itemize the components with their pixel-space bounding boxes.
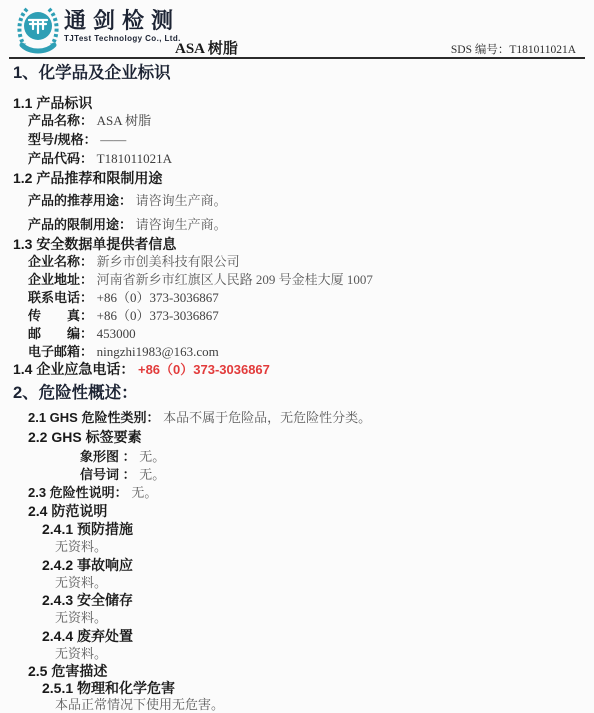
- model-spec-value: ——: [100, 132, 126, 147]
- restricted-use-label: 产品的限制用途：: [28, 217, 132, 232]
- fax-label: 传 真：: [28, 308, 93, 323]
- pictogram-row: 象形图 ： 无。: [80, 449, 165, 465]
- zip-code-label: 邮 编：: [28, 326, 93, 341]
- fax-value: +86（0）373-3036867: [97, 308, 219, 323]
- phone-label: 联系电话：: [28, 290, 93, 305]
- section1-1-heading: 1.1 产品标识: [13, 95, 92, 112]
- ghs-class-label: 2.1 GHS 危险性类别：: [28, 410, 159, 425]
- section2-5-1-heading: 2.5.1 物理和化学危害: [42, 680, 175, 697]
- email-row: 电子邮箱： ningzhi1983@163.com: [28, 344, 219, 360]
- zip-code-row: 邮 编： 453000: [28, 326, 136, 342]
- document-header: 通剑检测 TJTest Technology Co., Ltd. ASA 树脂 …: [0, 0, 594, 58]
- email-label: 电子邮箱：: [28, 344, 93, 359]
- section2-4-3-heading: 2.4.3 安全储存: [42, 592, 133, 609]
- section2-4-1-heading: 2.4.1 预防措施: [42, 521, 133, 538]
- product-name-label: 产品名称：: [28, 113, 93, 128]
- product-name-row: 产品名称： ASA 树脂: [28, 113, 151, 129]
- company-name-value: 新乡市创美科技有限公司: [97, 254, 240, 269]
- signal-word-label: 信号词 ：: [80, 467, 136, 482]
- company-name-row: 企业名称： 新乡市创美科技有限公司: [28, 254, 240, 270]
- precaution-heading: 2.4 防范说明: [28, 503, 107, 520]
- logo-text-block: 通剑检测 TJTest Technology Co., Ltd.: [64, 10, 181, 43]
- hazard-statement-value: 无。: [131, 485, 157, 500]
- sds-document-page: 通剑检测 TJTest Technology Co., Ltd. ASA 树脂 …: [0, 0, 594, 713]
- ghs-label-elements-heading: 2.2 GHS 标签要素: [28, 429, 142, 446]
- product-code-row: 产品代码： T181011021A: [28, 151, 172, 167]
- document-title: ASA 树脂: [175, 37, 238, 58]
- hazard-statement-label: 2.3 危险性说明：: [28, 485, 128, 500]
- restricted-use-value: 请咨询生产商。: [136, 217, 227, 232]
- signal-word-row: 信号词 ： 无。: [80, 467, 165, 483]
- model-spec-label: 型号/规格：: [28, 132, 97, 147]
- restricted-use-row: 产品的限制用途： 请咨询生产商。: [28, 217, 227, 233]
- company-address-row: 企业地址： 河南省新乡市红旗区人民路 209 号金桂大厦 1007: [28, 272, 373, 288]
- sds-number: SDS 编号：T181011021A: [451, 41, 576, 57]
- company-logo-icon: [14, 3, 62, 55]
- product-name-value: ASA 树脂: [97, 113, 152, 128]
- section2-heading: 2、危险性概述：: [13, 384, 138, 404]
- emergency-phone-value: +86（0）373-3036867: [138, 362, 270, 377]
- emergency-phone-row: 1.4 企业应急电话： +86（0）373-3036867: [13, 361, 270, 378]
- section2-4-3-value: 无资料。: [55, 610, 107, 626]
- product-code-value: T181011021A: [97, 151, 172, 166]
- section1-3-heading: 1.3 安全数据单提供者信息: [13, 236, 176, 253]
- recommended-use-label: 产品的推荐用途：: [28, 193, 132, 208]
- company-address-label: 企业地址：: [28, 272, 93, 287]
- signal-word-value: 无。: [139, 467, 165, 482]
- hazard-statement-row: 2.3 危险性说明： 无。: [28, 485, 157, 501]
- logo-company-name-en: TJTest Technology Co., Ltd.: [64, 35, 181, 43]
- section2-4-4-value: 无资料。: [55, 646, 107, 662]
- ghs-class-value: 本品不属于危险品，无危险性分类。: [163, 410, 371, 425]
- recommended-use-value: 请咨询生产商。: [136, 193, 227, 208]
- section2-5-heading: 2.5 危害描述: [28, 663, 107, 680]
- logo-company-name-cn: 通剑检测: [64, 10, 181, 32]
- pictogram-value: 无。: [139, 449, 165, 464]
- email-value: ningzhi1983@163.com: [97, 344, 219, 359]
- model-spec-row: 型号/规格： ——: [28, 132, 126, 148]
- fax-row: 传 真： +86（0）373-3036867: [28, 308, 219, 324]
- product-code-label: 产品代码：: [28, 151, 93, 166]
- header-divider: [9, 57, 585, 59]
- company-address-value: 河南省新乡市红旗区人民路 209 号金桂大厦 1007: [97, 272, 373, 287]
- section2-4-2-value: 无资料。: [55, 575, 107, 591]
- section2-4-2-heading: 2.4.2 事故响应: [42, 557, 133, 574]
- section2-4-4-heading: 2.4.4 废弃处置: [42, 628, 133, 645]
- recommended-use-row: 产品的推荐用途： 请咨询生产商。: [28, 193, 227, 209]
- company-name-label: 企业名称：: [28, 254, 93, 269]
- section2-5-1-value: 本品正常情况下使用无危害。: [55, 697, 224, 713]
- emergency-phone-label: 1.4 企业应急电话：: [13, 361, 134, 377]
- section1-heading: 1、化学品及企业标识: [13, 64, 171, 84]
- zip-code-value: 453000: [97, 326, 136, 341]
- phone-value: +86（0）373-3036867: [97, 290, 219, 305]
- section1-2-heading: 1.2 产品推荐和限制用途: [13, 170, 162, 187]
- ghs-class-row: 2.1 GHS 危险性类别： 本品不属于危险品，无危险性分类。: [28, 410, 371, 426]
- phone-row: 联系电话： +86（0）373-3036867: [28, 290, 219, 306]
- pictogram-label: 象形图 ：: [80, 449, 136, 464]
- section2-4-1-value: 无资料。: [55, 539, 107, 555]
